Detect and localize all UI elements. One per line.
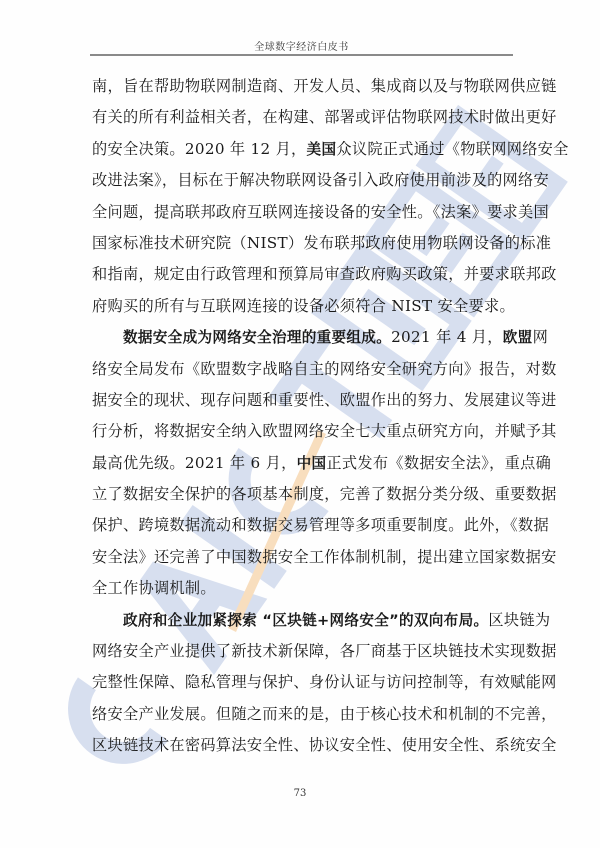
paragraph-2-line: 立了数据安全保护的各项基本制度，完善了数据分类分级、重要数据 xyxy=(92,479,512,510)
text-segment: 全工作协调机制。 xyxy=(92,579,216,597)
paragraph-1-line: 南，旨在帮助物联网制造商、开发人员、集成商以及与物联网供应链 xyxy=(92,71,512,102)
text-segment: 改进法案》，目标在于解决物联网设备引入政府使用前涉及的网络安 xyxy=(92,171,549,189)
paragraph-1-line: 府购买的所有与互联网连接的设备必须符合 NIST 安全要求。 xyxy=(92,291,512,322)
paragraph-2-line: 全工作协调机制。 xyxy=(92,573,512,604)
paragraph-2-line: 络安全局发布《欧盟数字战略自主的网络安全研究方向》报告，对数 xyxy=(92,354,512,385)
paragraph-3-line: 区块链技术在密码算法安全性、协议安全性、使用安全性、系统安全 xyxy=(92,730,512,761)
text-segment: 全问题，提高联邦政府互联网连接设备的安全性。《法案》要求美国 xyxy=(92,203,549,221)
text-segment: 网络安全产业提供了新技术新保障，各厂商基于区块链技术实现数据 xyxy=(92,642,557,660)
text-segment: 保护、跨境数据流动和数据交易管理等多项重要制度。此外，《数据 xyxy=(92,516,549,534)
paragraph-lines: 南，旨在帮助物联网制造商、开发人员、集成商以及与物联网供应链有关的所有利益相关者… xyxy=(92,71,512,762)
text-segment: 区块链为 xyxy=(488,611,550,629)
text-segment: 安全法》还完善了中国数据安全工作体制机制，提出建立国家数据安 xyxy=(92,548,557,566)
text-segment: 最高优先级。2021 年 6 月， xyxy=(92,454,297,472)
text-segment: 府购买的所有与互联网连接的设备必须符合 NIST 安全要求。 xyxy=(92,297,515,315)
paragraph-1-line: 和指南，规定由行政管理和预算局审查政府购买政策，并要求联邦政 xyxy=(92,259,512,290)
text-segment: 网 xyxy=(533,328,549,346)
document-page: 全球数字经济白皮书 南，旨在帮助物联网制造商、开发人员、集成商以及与物联网供应链… xyxy=(0,0,600,848)
text-segment: 的安全决策。2020 年 12 月， xyxy=(92,140,307,158)
paragraph-2-line: 行分析，将数据安全纳入欧盟网络安全七大重点研究方向，并赋予其 xyxy=(92,416,512,447)
body-text: 南，旨在帮助物联网制造商、开发人员、集成商以及与物联网供应链有关的所有利益相关者… xyxy=(92,71,512,762)
paragraph-2-line: 安全法》还完善了中国数据安全工作体制机制，提出建立国家数据安 xyxy=(92,542,512,573)
paragraph-3-line: 完整性保障、隐私管理与保护、身份认证与访问控制等，有效赋能网 xyxy=(92,667,512,698)
text-segment: 行分析，将数据安全纳入欧盟网络安全七大重点研究方向，并赋予其 xyxy=(92,422,557,440)
text-segment: 立了数据安全保护的各项基本制度，完善了数据分类分级、重要数据 xyxy=(92,485,557,503)
paragraph-2-line: 保护、跨境数据流动和数据交易管理等多项重要制度。此外，《数据 xyxy=(92,510,512,541)
text-segment: 有关的所有利益相关者，在构建、部署或评估物联网技术时做出更好 xyxy=(92,108,557,126)
paragraph-2-line: 据安全的现状、现存问题和重要性、欧盟作出的努力、发展建议等进 xyxy=(92,385,512,416)
text-segment: 络安全产业发展。但随之而来的是，由于核心技术和机制的不完善， xyxy=(92,705,557,723)
text-segment: 和指南，规定由行政管理和预算局审查政府购买政策，并要求联邦政 xyxy=(92,265,557,283)
paragraph-3-line: 络安全产业发展。但随之而来的是，由于核心技术和机制的不完善， xyxy=(92,699,512,730)
paragraph-2-line: 最高优先级。2021 年 6 月，中国正式发布《数据安全法》，重点确 xyxy=(92,448,512,479)
text-segment: 众议院正式通过《物联网网络安全 xyxy=(336,140,568,158)
paragraph-1-line: 国家标准技术研究院（NIST）发布联邦政府使用物联网设备的标准 xyxy=(92,228,512,259)
paragraph-3-line: 网络安全产业提供了新技术新保障，各厂商基于区块链技术实现数据 xyxy=(92,636,512,667)
paragraph-1-line: 全问题，提高联邦政府互联网连接设备的安全性。《法案》要求美国 xyxy=(92,197,512,228)
text-segment: 国家标准技术研究院（NIST）发布联邦政府使用物联网设备的标准 xyxy=(92,234,551,252)
bold-text: 政府和企业加紧探索 “区块链+网络安全”的双向布局。 xyxy=(123,612,488,629)
text-segment: 2021 年 4 月， xyxy=(391,328,503,346)
bold-text: 中国 xyxy=(297,455,327,472)
text-segment: 南，旨在帮助物联网制造商、开发人员、集成商以及与物联网供应链 xyxy=(92,77,557,95)
paragraph-3-line: 政府和企业加紧探索 “区块链+网络安全”的双向布局。区块链为 xyxy=(92,605,512,636)
text-segment: 据安全的现状、现存问题和重要性、欧盟作出的努力、发展建议等进 xyxy=(92,391,557,409)
page-number: 73 xyxy=(0,788,600,799)
bold-text: 数据安全成为网络安全治理的重要组成。 xyxy=(123,329,391,346)
paragraph-1-line: 的安全决策。2020 年 12 月，美国众议院正式通过《物联网网络安全 xyxy=(92,134,512,165)
bold-text: 美国 xyxy=(307,141,337,158)
text-segment: 完整性保障、隐私管理与保护、身份认证与访问控制等，有效赋能网 xyxy=(92,673,557,691)
paragraph-2-line: 数据安全成为网络安全治理的重要组成。2021 年 4 月，欧盟网 xyxy=(92,322,512,353)
header-rule xyxy=(90,54,513,56)
bold-text: 欧盟 xyxy=(503,329,533,346)
text-segment: 区块链技术在密码算法安全性、协议安全性、使用安全性、系统安全 xyxy=(92,736,557,754)
text-segment: 络安全局发布《欧盟数字战略自主的网络安全研究方向》报告，对数 xyxy=(92,360,557,378)
paragraph-1-line: 有关的所有利益相关者，在构建、部署或评估物联网技术时做出更好 xyxy=(92,102,512,133)
paragraph-1-line: 改进法案》，目标在于解决物联网设备引入政府使用前涉及的网络安 xyxy=(92,165,512,196)
running-header-title: 全球数字经济白皮书 xyxy=(90,38,513,53)
text-segment: 正式发布《数据安全法》，重点确 xyxy=(326,454,551,472)
